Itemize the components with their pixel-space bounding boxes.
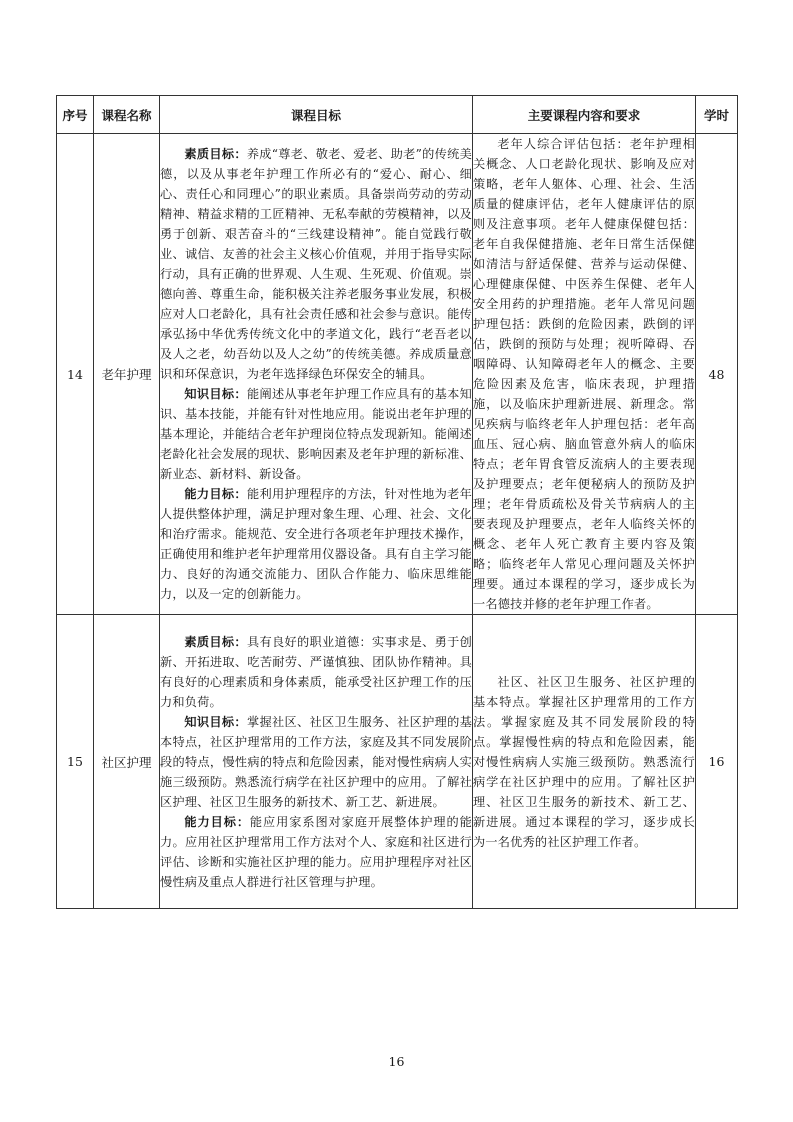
goal-label: 素质目标： [184,635,247,649]
header-number: 序号 [57,96,94,134]
page-number: 16 [0,1054,793,1069]
header-course-content: 主要课程内容和要求 [473,96,696,134]
goal-text: 能利用护理程序的方法，针对性地为老年人提供整体护理，满足护理对象生理、心理、社会… [160,487,472,601]
course-content: 社区、社区卫生服务、社区护理的基本特点。掌握社区护理常用的工作方法。掌握家庭及其… [473,615,696,909]
knowledge-goal: 知识目标：掌握社区、社区卫生服务、社区护理的基本特点，社区护理常用的工作方法，家… [160,712,472,812]
header-hours: 学时 [696,96,738,134]
course-content: 老年人综合评估包括：老年护理相关概念、人口老龄化现状、影响及应对策略，老年人躯体… [473,134,696,615]
course-number: 14 [57,134,94,615]
course-goals: 素质目标：养成“尊老、敬老、爱老、助老”的传统美德，以及从事老年护理工作所必有的… [160,134,473,615]
content-text: 社区、社区卫生服务、社区护理的基本特点。掌握社区护理常用的工作方法。掌握家庭及其… [473,672,695,852]
course-name: 老年护理 [94,134,160,615]
course-number: 15 [57,615,94,909]
goal-text: 养成“尊老、敬老、爱老、助老”的传统美德，以及从事老年护理工作所必有的“爱心、耐… [160,147,472,381]
table-row: 14 老年护理 素质目标：养成“尊老、敬老、爱老、助老”的传统美德，以及从事老年… [57,134,738,615]
goal-label: 知识目标： [184,715,247,729]
content-text: 老年人综合评估包括：老年护理相关概念、人口老龄化现状、影响及应对策略，老年人躯体… [473,134,695,614]
header-course-name: 课程名称 [94,96,160,134]
goal-label: 能力目标： [184,487,247,501]
course-hours: 48 [696,134,738,615]
goal-label: 能力目标： [184,815,250,829]
document-page: 序号 课程名称 课程目标 主要课程内容和要求 学时 14 老年护理 素质目标：养… [0,0,793,1122]
ability-goal: 能力目标：能利用护理程序的方法，针对性地为老年人提供整体护理，满足护理对象生理、… [160,484,472,604]
table-row: 15 社区护理 素质目标：具有良好的职业道德：实事求是、勇于创新、开拓进取、吃苦… [57,615,738,909]
ability-goal: 能力目标：能应用家系图对家庭开展整体护理的能力。应用社区护理常用工作方法对个人、… [160,812,472,892]
course-name: 社区护理 [94,615,160,909]
goal-label: 知识目标： [184,387,247,401]
quality-goal: 素质目标：养成“尊老、敬老、爱老、助老”的传统美德，以及从事老年护理工作所必有的… [160,144,472,384]
table-header-row: 序号 课程名称 课程目标 主要课程内容和要求 学时 [57,96,738,134]
goal-label: 素质目标： [184,147,246,161]
knowledge-goal: 知识目标：能阐述从事老年护理工作应具有的基本知识、基本技能，并能有针对性地应用。… [160,384,472,484]
course-goals: 素质目标：具有良好的职业道德：实事求是、勇于创新、开拓进取、吃苦耐劳、严谨慎独、… [160,615,473,909]
course-hours: 16 [696,615,738,909]
curriculum-table: 序号 课程名称 课程目标 主要课程内容和要求 学时 14 老年护理 素质目标：养… [56,95,738,909]
quality-goal: 素质目标：具有良好的职业道德：实事求是、勇于创新、开拓进取、吃苦耐劳、严谨慎独、… [160,632,472,712]
goal-text: 能阐述从事老年护理工作应具有的基本知识、基本技能，并能有针对性地应用。能说出老年… [160,387,472,481]
header-course-goals: 课程目标 [160,96,473,134]
